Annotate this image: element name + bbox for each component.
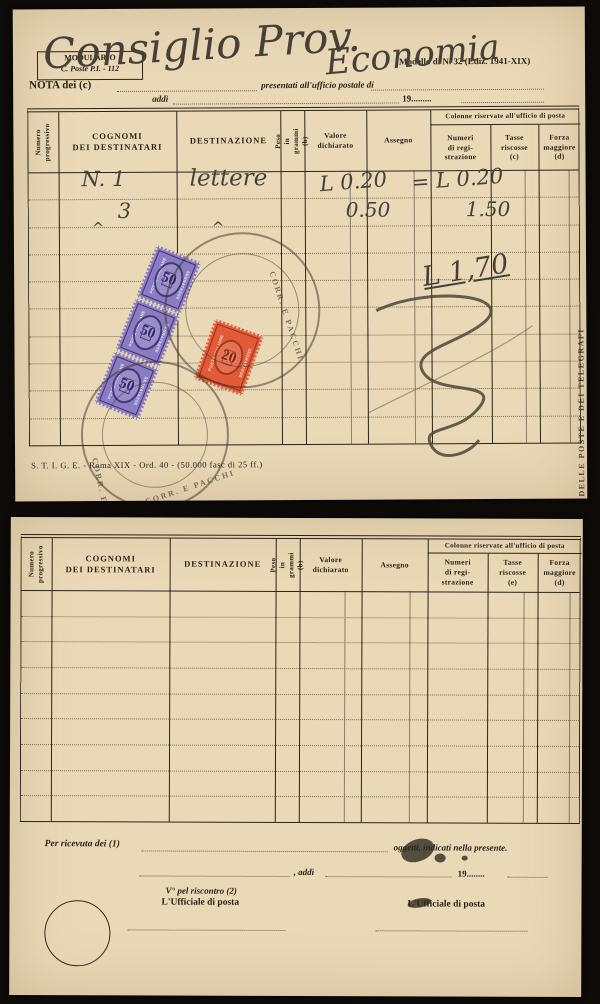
col-header-cognomi: COGNOMI DEI DESTINATARI bbox=[52, 538, 170, 590]
table-rows bbox=[21, 590, 580, 823]
col-header-tasse: Tasse riscosse (e) bbox=[488, 554, 538, 592]
year-fill-line bbox=[461, 102, 544, 103]
handwritten-row1-valore: L 0.20 bbox=[319, 167, 388, 196]
nota-suffix: presentati all'ufficio postale di bbox=[261, 80, 374, 91]
addi-label: addì bbox=[152, 94, 168, 104]
table-row bbox=[21, 617, 579, 645]
photo-bottom-form: Numero progressivo COGNOMI DEI DESTINATA… bbox=[0, 507, 600, 1004]
handwritten-row2-tasse: 1.50 bbox=[466, 197, 511, 221]
postmark-circle bbox=[164, 232, 321, 389]
col-header-cognomi: COGNOMI DEI DESTINATARI bbox=[58, 112, 176, 173]
addi-fill-line bbox=[140, 875, 290, 877]
col-header-numero: Numero progressivo bbox=[22, 538, 52, 590]
col-header-forza: Forza maggiore (d) bbox=[538, 554, 582, 592]
year-label: 19........ bbox=[458, 869, 485, 879]
form-top-paper: MODULARIO C. Poste P.I. - 112 Modello di… bbox=[13, 7, 588, 502]
col-header-numero: Numero progressivo bbox=[28, 112, 58, 172]
handwritten-row1-destinazione: lettere bbox=[190, 165, 268, 191]
form-bottom-paper: Numero progressivo COGNOMI DEI DESTINATA… bbox=[9, 517, 583, 997]
col-header-valore: Valore dichiarato bbox=[304, 111, 366, 171]
col-header-numeri-reg: Numeri di regi- strazione bbox=[428, 553, 488, 591]
col-header-assegno: Assegno bbox=[366, 110, 430, 170]
addi-fill-line bbox=[173, 102, 399, 104]
col-header-destinazione: DESTINAZIONE bbox=[176, 111, 280, 172]
handwritten-office-name: Consiglio Prov. bbox=[42, 11, 362, 78]
table-row bbox=[21, 745, 579, 773]
signature-line-right bbox=[375, 930, 527, 932]
ink-smudge bbox=[398, 834, 437, 866]
handwritten-row2-valore: 0.50 bbox=[346, 198, 391, 222]
col-header-destinazione: DESTINAZIONE bbox=[170, 539, 276, 591]
handwritten-ditto-mark: ^ bbox=[92, 219, 105, 237]
year-label: 19......... bbox=[402, 93, 431, 103]
handwritten-row1-numero: N. 1 bbox=[82, 167, 126, 191]
handwritten-row2-numero: 3 bbox=[118, 199, 132, 223]
ricevuta-prefix: Per ricevuta dei (1) bbox=[45, 839, 120, 849]
ink-smudge bbox=[462, 856, 468, 861]
table-row bbox=[21, 668, 579, 696]
seal-circle bbox=[44, 900, 110, 966]
addi-label: , addì bbox=[294, 867, 315, 877]
nota-prefix: NOTA dei (c) bbox=[29, 79, 91, 91]
visto-riscontro: V° pel riscontro (2) bbox=[166, 886, 237, 896]
col-group-ufficio: Colonne riservate all'ufficio di posta bbox=[428, 539, 582, 554]
year-fill-line bbox=[508, 877, 548, 878]
table-row bbox=[21, 796, 579, 823]
addi-fill-line-2 bbox=[326, 876, 452, 877]
nota-fill-line-2 bbox=[371, 89, 544, 91]
table-row bbox=[21, 591, 579, 619]
signature-scrawl bbox=[366, 292, 537, 463]
signature-line-left bbox=[127, 929, 285, 931]
bottom-table: Numero progressivo COGNOMI DEI DESTINATA… bbox=[20, 534, 581, 824]
nota-fill-line bbox=[117, 90, 257, 92]
scan-backdrop: MODULARIO C. Poste P.I. - 112 Modello di… bbox=[0, 0, 600, 1004]
col-header-peso: Peso in grammi (b) bbox=[280, 111, 304, 171]
col-header-assegno: Assegno bbox=[362, 539, 428, 591]
ufficiale-left: L'Ufficiale di posta bbox=[161, 898, 239, 908]
stamp-value: 50 bbox=[137, 322, 157, 343]
ink-smudge bbox=[435, 853, 446, 862]
table-row bbox=[21, 719, 579, 747]
col-header-peso: Peso in grammi (b) bbox=[276, 539, 300, 591]
col-header-forza: Forza maggiore (d) bbox=[538, 125, 580, 170]
col-header-valore: Valore dichiarato bbox=[300, 539, 362, 591]
ricevuta-fill-line bbox=[142, 850, 388, 852]
table-row bbox=[21, 771, 579, 799]
col-group-ufficio: Colonne riservate all'ufficio di posta bbox=[430, 110, 580, 126]
table-row bbox=[21, 642, 579, 670]
col-header-numeri-reg: Numeri di regi- strazione bbox=[430, 125, 490, 170]
table-row bbox=[21, 694, 579, 722]
sheet-edge-text: DELLE POSTE E DEI TELEGRAFI bbox=[575, 137, 586, 497]
photo-top-form: MODULARIO C. Poste P.I. - 112 Modello di… bbox=[0, 0, 600, 507]
